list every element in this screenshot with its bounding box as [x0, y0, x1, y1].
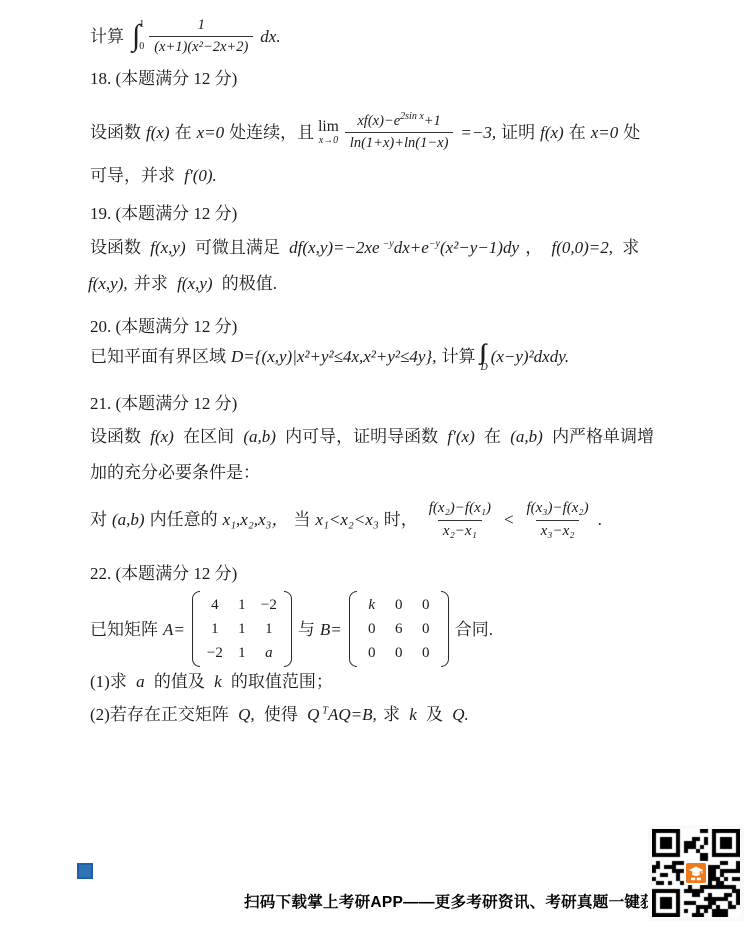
problem-20-title: 20. (本题满分 12 分): [90, 317, 237, 336]
math: Q: [307, 705, 319, 724]
text: 内严格单调增: [552, 427, 654, 446]
exponent: 2sin x: [400, 111, 424, 122]
problem-20-header: 20. (本题满分 12 分): [88, 316, 239, 337]
text: 并求: [134, 274, 168, 293]
text: 的值及: [154, 672, 205, 691]
math: x₁<x₂<x₃: [315, 509, 378, 530]
problem-22-question-2: (2)若存在正交矩阵 Q, 使得 QTAQ=B, 求 k 及 Q.: [88, 704, 472, 725]
matrix-B-entries: k 0 0 0 6 0 0 0 0: [358, 591, 440, 667]
math: f′(0).: [184, 166, 217, 185]
text: 证明: [501, 122, 535, 143]
text: (1)求: [90, 672, 127, 691]
math: f(x): [540, 122, 564, 143]
math: B=: [320, 619, 342, 640]
right-paren: [441, 591, 449, 667]
page-accent-square: [77, 863, 93, 879]
text: 在: [569, 122, 586, 143]
math: f(x): [150, 427, 174, 446]
less-than-sign: <: [503, 509, 514, 530]
problem-19-title: 19. (本题满分 12 分): [90, 204, 237, 223]
double-integral-icon: ∫∫ D: [480, 341, 487, 373]
text: 可导，并求: [90, 166, 175, 185]
problem-20-body: 已知平面有界区域 D={(x,y)|x²+y²≤4x,x²+y²≤4y}, 计算…: [88, 341, 569, 373]
text: 处: [623, 122, 640, 143]
compute-label: 计算: [90, 26, 124, 47]
math: f(x,y): [150, 238, 185, 257]
text: 在: [484, 427, 501, 446]
matrix-A-entries: 4 1 −2 1 1 1 −2 1 a: [201, 591, 283, 667]
math: (x²−y−1)dy: [440, 238, 519, 257]
math: Q.: [452, 705, 469, 724]
text: 内任意的: [150, 509, 218, 530]
math: dx+e: [394, 238, 429, 257]
problem-22-question-1: (1)求 a 的值及 k 的取值范围；: [88, 671, 335, 692]
problem-21-body-line3: 对 (a,b) 内任意的 x₁,x₂,x₃， 当 x₁<x₂<x₃ 时， f(x…: [88, 499, 602, 541]
text: 处连续，且: [229, 122, 314, 143]
problem-21-body-line2: 加的充分必要条件是：: [88, 462, 262, 483]
problem-17-integral-line: 计算 ∫ 1 0 1 (x+1)(x²−2x+2) dx.: [88, 16, 284, 57]
text: 加的充分必要条件是：: [90, 463, 260, 482]
text: 与: [298, 619, 315, 640]
text: 设函数: [90, 427, 141, 446]
math: (a,b): [510, 427, 543, 446]
math: D={(x,y)|x²+y²≤4x,x²+y²≤4y},: [231, 346, 436, 367]
math: (a,b): [112, 509, 145, 530]
problem-21-title: 21. (本题满分 12 分): [90, 394, 237, 413]
problem-22-title: 22. (本题满分 12 分): [90, 564, 237, 583]
math: x=0: [591, 122, 619, 143]
text: 的取值范围；: [231, 672, 333, 691]
qr-code-inner: [652, 829, 740, 917]
math: df(x,y)=−2xe: [289, 238, 379, 257]
difference-quotient-right: f(x₃)−f(x₂) x₃−x₂: [521, 499, 593, 541]
math: x₁,x₂,x₃，: [223, 509, 289, 530]
problem-19-header: 19. (本题满分 12 分): [88, 203, 239, 224]
math: f(x): [146, 122, 170, 143]
problem-18-body-line2: 可导，并求 f′(0).: [88, 165, 220, 186]
left-paren: [349, 591, 357, 667]
text: 时，: [384, 509, 418, 530]
problem-22-header: 22. (本题满分 12 分): [88, 563, 239, 584]
text: 设函数: [90, 122, 141, 143]
math: (a,b): [243, 427, 276, 446]
text: 合同.: [455, 619, 493, 640]
problem-19-body-line1: 设函数 f(x,y) 可微且满足 df(x,y)=−2xe−ydx+e−y(x²…: [88, 237, 641, 258]
integral-upper-limit: 1: [139, 19, 144, 32]
fraction-denominator: (x+1)(x²−2x+2): [149, 36, 253, 57]
right-paren: [284, 591, 292, 667]
text: 在: [175, 122, 192, 143]
text: 使得: [264, 705, 298, 724]
exponent: −y: [429, 238, 440, 249]
integrand-fraction: 1 (x+1)(x²−2x+2): [149, 16, 253, 57]
double-integral-sign: ∫∫: [481, 341, 488, 363]
text: 在区间: [183, 427, 234, 446]
limit-label: lim: [318, 119, 339, 135]
qr-code: [648, 825, 744, 921]
text: 当: [293, 509, 310, 530]
math: a: [136, 672, 145, 691]
problem-21-header: 21. (本题满分 12 分): [88, 393, 239, 414]
problem-18-body-line1: 设函数 f(x) 在 x=0 处连续，且 lim x→0 xf(x)−e2sin…: [88, 112, 642, 153]
matrix-B: k 0 0 0 6 0 0 0 0: [349, 591, 449, 667]
text: 及: [426, 705, 443, 724]
integral-domain-label: D: [480, 363, 487, 373]
text: 求: [383, 705, 400, 724]
math: f(x,y),: [88, 274, 128, 293]
period: .: [598, 509, 602, 530]
footer-promo-text: 扫码下载掌上考研APP——更多考研资讯、考研真题一键获取: [244, 890, 672, 912]
text: 的极值.: [222, 274, 277, 293]
text: 对: [90, 509, 107, 530]
text: 内可导，证明导函数: [285, 427, 438, 446]
left-paren: [192, 591, 200, 667]
fraction-numerator: xf(x)−e2sin x+1: [352, 112, 445, 132]
limit-fraction: xf(x)−e2sin x+1 ln(1+x)+ln(1−x): [345, 112, 454, 153]
math: Q,: [238, 705, 255, 724]
problem-21-body-line1: 设函数 f(x) 在区间 (a,b) 内可导，证明导函数 f′(x) 在 (a,…: [88, 426, 656, 447]
text: 求: [622, 238, 639, 257]
limit-subscript: x→0: [319, 136, 338, 146]
graduation-cap-icon: [688, 865, 704, 881]
exponent: −y: [383, 238, 394, 249]
text: 已知矩阵: [90, 619, 158, 640]
math: k: [409, 705, 417, 724]
math: k: [214, 672, 222, 691]
integral-lower-limit: 0: [139, 41, 144, 54]
matrix-A: 4 1 −2 1 1 1 −2 1 a: [192, 591, 292, 667]
fraction-denominator: ln(1+x)+ln(1−x): [345, 132, 454, 153]
text: 可微且满足: [195, 238, 280, 257]
math: AQ=B,: [328, 705, 377, 724]
text: 设函数: [90, 238, 141, 257]
text: (2)若存在正交矩阵: [90, 705, 229, 724]
fraction-numerator: 1: [193, 16, 210, 36]
math: f(x,y): [177, 274, 212, 293]
integral-icon: ∫ 1 0: [132, 19, 144, 53]
math: =−3,: [460, 122, 496, 143]
qr-logo: [684, 861, 708, 885]
text: ，: [525, 238, 542, 257]
integral-limits: 1 0: [139, 19, 144, 53]
problem-19-body-line2: f(x,y), 并求 f(x,y) 的极值.: [88, 273, 279, 294]
problem-18-header: 18. (本题满分 12 分): [88, 68, 239, 89]
math: (x−y)²dxdy.: [491, 346, 569, 367]
limit-operator: lim x→0: [318, 119, 339, 147]
math: f(0,0)=2,: [552, 238, 614, 257]
differential: dx.: [260, 26, 280, 47]
math: A=: [163, 619, 185, 640]
math: x=0: [197, 122, 225, 143]
problem-22-matrix-line: 已知矩阵 A= 4 1 −2 1 1 1 −2 1 a 与 B= k 0: [88, 591, 495, 667]
problem-18-title: 18. (本题满分 12 分): [90, 69, 237, 88]
math: f′(x): [447, 427, 474, 446]
exam-page: 计算 ∫ 1 0 1 (x+1)(x²−2x+2) dx. 18. (本题满分 …: [0, 0, 750, 934]
text: 已知平面有界区域: [90, 346, 226, 367]
difference-quotient-left: f(x₂)−f(x₁) x₂−x₁: [424, 499, 496, 541]
text: 计算: [441, 346, 475, 367]
